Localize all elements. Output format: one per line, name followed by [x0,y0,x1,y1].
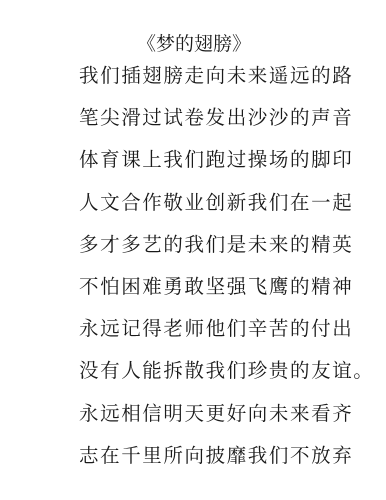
poem-line-8: 没有人能拆散我们珍贵的友谊。 [79,359,379,401]
poem-line-5: 多才多艺的我们是未来的精英 [79,233,379,275]
poem-body: 我们插翅膀走向未来遥远的路 笔尖滑过试卷发出沙沙的声音 体育课上我们跑过操场的脚… [79,64,379,486]
poem-title: 《梦的翅膀》 [0,32,386,56]
poem-line-7: 永远记得老师他们辛苦的付出 [79,317,379,359]
poem-line-10: 志在千里所向披靡我们不放弃 [79,444,379,486]
poem-line-4: 人文合作敬业创新我们在一起 [79,191,379,233]
poem-line-6: 不怕困难勇敢坚强飞鹰的精神 [79,275,379,317]
poem-line-9: 永远相信明天更好向未来看齐 [79,402,379,444]
poem-line-3: 体育课上我们跑过操场的脚印 [79,148,379,190]
poem-line-1: 我们插翅膀走向未来遥远的路 [79,64,379,106]
poem-document: 《梦的翅膀》 我们插翅膀走向未来遥远的路 笔尖滑过试卷发出沙沙的声音 体育课上我… [0,0,386,500]
poem-line-2: 笔尖滑过试卷发出沙沙的声音 [79,106,379,148]
